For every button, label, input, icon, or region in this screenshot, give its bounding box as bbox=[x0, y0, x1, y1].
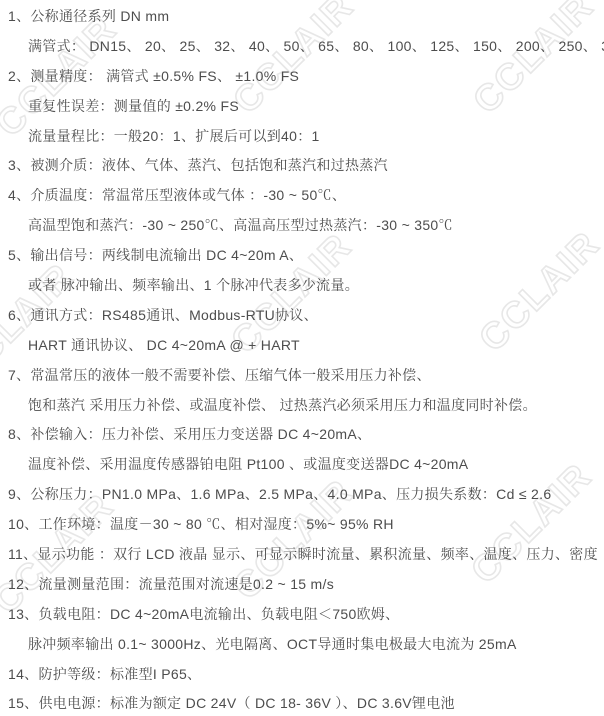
spec-line-10-environment: 10、工作环境：温度－30 ~ 80 ℃、相对湿度：5%~ 95% RH bbox=[8, 510, 604, 540]
spec-line-2-turndown: 流量量程比：一般20：1、扩展后可以到40：1 bbox=[8, 122, 604, 152]
spec-line-13-load-resist: 13、负载电阻：DC 4~20mA电流输出、负载电阻＜750欧姆、 bbox=[8, 600, 604, 630]
spec-line-6-comm: 6、通讯方式：RS485通讯、Modbus-RTU协议、 bbox=[8, 301, 604, 331]
spec-line-5-output: 5、输出信号：两线制电流输出 DC 4~20m A、 bbox=[8, 241, 604, 271]
spec-document-page: CCLAIR CCLAIR CCLAIR CCLAIR CCLAIR CCLAI… bbox=[0, 0, 604, 716]
spec-line-13-pulse-freq: 脉冲频率输出 0.1~ 3000Hz、光电隔离、OCT导通时集电极最大电流为 2… bbox=[8, 630, 604, 660]
spec-line-2-accuracy: 2、测量精度： 满管式 ±0.5% FS、 ±1.0% FS bbox=[8, 62, 604, 92]
spec-line-7-compensation: 7、常温常压的液体一般不需要补偿、压缩气体一般采用压力补偿、 bbox=[8, 361, 604, 391]
spec-line-3-media: 3、被测介质：液体、气体、蒸汽、包括饱和蒸汽和过热蒸汽 bbox=[8, 151, 604, 181]
spec-line-9-pressure: 9、公称压力：PN1.0 MPa、1.6 MPa、2.5 MPa、4.0 MPa… bbox=[8, 480, 604, 510]
spec-line-11-display: 11、显示功能 ：双行 LCD 液晶 显示、可显示瞬时流量、累积流量、频率、温度… bbox=[8, 540, 604, 570]
spec-line-6-hart: HART 通讯协议、 DC 4~20mA @ + HART bbox=[8, 331, 604, 361]
spec-line-4-high-temp: 高温型饱和蒸汽：-30 ~ 250℃、高温高压型过热蒸汽：-30 ~ 350℃ bbox=[8, 211, 604, 241]
spec-line-8-comp-input: 8、补偿输入：压力补偿、采用压力变送器 DC 4~20mA、 bbox=[8, 420, 604, 450]
spec-line-15-power: 15、供电电源：标准为额定 DC 24V（ DC 18- 36V ）、DC 3.… bbox=[8, 689, 604, 716]
spec-line-1-diameter: 1、公称通径系列 DN mm bbox=[8, 2, 604, 32]
spec-line-14-protection: 14、防护等级：标准型I P65、 bbox=[8, 660, 604, 690]
spec-line-12-flow-range: 12、流量测量范围：流量范围对流速是0.2 ~ 15 m/s bbox=[8, 570, 604, 600]
spec-list: 1、公称通径系列 DN mm 满管式： DN15、 20、 25、 32、 40… bbox=[0, 0, 604, 716]
spec-line-4-media-temp: 4、介质温度：常温常压型液体或气体 ：-30 ~ 50℃、 bbox=[8, 181, 604, 211]
spec-line-7-steam: 饱和蒸汽 采用压力补偿、或温度补偿、 过热蒸汽必须采用压力和温度同时补偿。 bbox=[8, 391, 604, 421]
spec-line-8-temp-comp: 温度补偿、采用温度传感器铂电阻 Pt100 、或温度变送器DC 4~20mA bbox=[8, 450, 604, 480]
spec-line-2-repeatability: 重复性误差：测量值的 ±0.2% FS bbox=[8, 92, 604, 122]
spec-line-5-pulse: 或者 脉冲输出、频率输出、1 个脉冲代表多少流量。 bbox=[8, 271, 604, 301]
spec-line-1-full-pipe: 满管式： DN15、 20、 25、 32、 40、 50、 65、 80、 1… bbox=[8, 32, 604, 62]
